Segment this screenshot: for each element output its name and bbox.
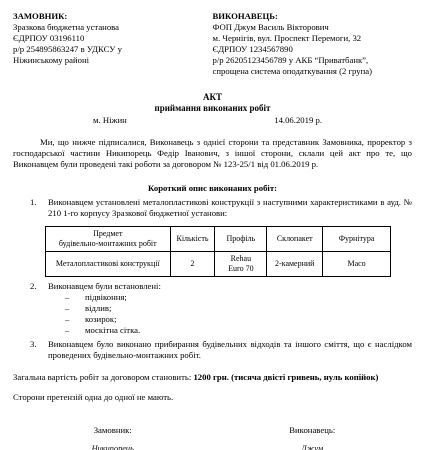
executor-line-1: ФОП Джум Василь Вікторович [213,22,413,33]
executor-line-5: спрощена система оподаткування (2 група) [213,66,413,77]
bullet-canopy: – козирок; [65,314,412,325]
claims-line: Сторони претензій одна до одної не мають… [13,392,412,403]
executor-line-3: ЄДРПОУ 1234567890 [213,44,413,55]
item-1-number: 1. [30,197,48,219]
table-header-subject-line2: будівельно-монтажних робіт [48,239,168,249]
works-table: Предмет будівельно-монтажних робіт Кільк… [45,226,391,277]
list-item-2: 2. Виконавцем були встановлені: [13,281,412,292]
document-title: АКТ приймання виконаних робіт [13,92,412,114]
customer-block: ЗАМОВНИК: Зразкова бюджетна установа ЄДР… [13,11,213,77]
table-header-fittings: Фурнітура [323,227,391,252]
table-header-quantity: Кількість [170,227,215,252]
executor-signature-block: Виконавець: Джум [213,425,413,450]
table-header-profile: Профіль [215,227,267,252]
table-row: Металопластикові конструкції 2 Rehau Eur… [46,252,391,277]
executor-line-4: р/р 26205123456789 у АКБ “Приватбанк”, [213,55,413,66]
place-city: м. Ніжин [93,115,127,126]
item-3-text: Виконавцем було виконано прибирання буді… [48,339,412,361]
section-heading: Короткий опис виконаних робіт: [13,183,412,194]
signatures-block: Замовник: Никипорець Виконавець: Джум [13,425,412,450]
executor-label: ВИКОНАВЕЦЬ: [213,11,413,22]
item-2-number: 2. [30,281,48,292]
item-1-text: Виконавцем установлені металопластикові … [48,197,412,219]
total-cost-prefix: Загальна вартість робіт за договором ста… [13,372,191,382]
executor-block: ВИКОНАВЕЦЬ: ФОП Джум Василь Вікторович м… [213,11,413,77]
customer-line-4: Ніжинському районі [13,55,213,66]
cell-profile-line2: Euro 70 [217,264,264,274]
table-header-subject-line1: Предмет [48,229,168,239]
place-date-row: м. Ніжин 14.06.2019 р. [13,114,412,126]
table-header-subject: Предмет будівельно-монтажних робіт [46,227,171,252]
dash-icon: – [65,303,85,314]
dash-icon: – [65,325,85,336]
item-3-number: 3. [30,339,48,361]
cell-fittings: Maco [323,252,391,277]
intro-paragraph: Ми, що нижче підписалися, Виконавець з о… [13,137,412,170]
title-line-2: приймання виконаних робіт [13,103,412,114]
customer-line-3: р/р 254895863247 в УДКСУ у [13,44,213,55]
table-header-glazing: Склопакет [267,227,323,252]
customer-signature-block: Замовник: Никипорець [13,425,213,450]
total-cost-amount: 1200 грн. (тисяча двісті гривень, нуль к… [193,372,378,382]
customer-line-2: ЄДРПОУ 03196110 [13,33,213,44]
title-line-1: АКТ [13,92,412,103]
parties-header: ЗАМОВНИК: Зразкова бюджетна установа ЄДР… [13,11,412,77]
item-2-text: Виконавцем були встановлені: [48,281,412,292]
list-item-3: 3. Виконавцем було виконано прибирання б… [13,339,412,361]
customer-label: ЗАМОВНИК: [13,11,213,22]
executor-signature-label: Виконавець: [213,425,413,436]
bullet-windowsill: – підвіконня; [65,292,412,303]
customer-signature-label: Замовник: [13,425,213,436]
total-cost-line: Загальна вартість робіт за договором ста… [13,372,412,383]
cell-profile-line1: Rehau [217,254,264,264]
document-date: 14.06.2019 р. [274,115,322,126]
executor-line-2: м. Чернігів, вул. Проспект Перемоги, 32 [213,33,413,44]
bullet-drip: – відлив; [65,303,412,314]
cell-profile: Rehau Euro 70 [215,252,267,277]
cell-quantity: 2 [170,252,215,277]
dash-icon: – [65,314,85,325]
table-header-row: Предмет будівельно-монтажних робіт Кільк… [46,227,391,252]
list-item-1: 1. Виконавцем установлені металопластико… [13,197,412,219]
document-page: ЗАМОВНИК: Зразкова бюджетна установа ЄДР… [0,0,426,450]
bullet-text-4: москітна сітка. [85,325,140,336]
bullet-text-2: відлив; [85,303,111,314]
bullet-text-1: підвіконня; [85,292,127,303]
cell-subject: Металопластикові конструкції [46,252,171,277]
dash-icon: – [65,292,85,303]
cell-glazing: 2-камерний [267,252,323,277]
executor-signature: Джум [213,443,413,450]
bullet-mosquito-net: – москітна сітка. [65,325,412,336]
customer-signature: Никипорець [13,443,213,450]
bullet-text-3: козирок; [85,314,117,325]
customer-line-1: Зразкова бюджетна установа [13,22,213,33]
